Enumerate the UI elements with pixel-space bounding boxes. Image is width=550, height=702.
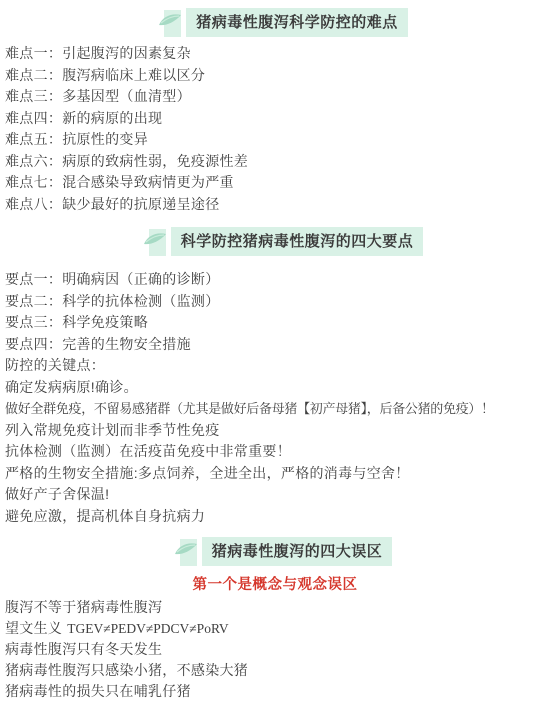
section-heading-misconceptions: 猪病毒性腹泻的四大误区 [8, 537, 550, 566]
list-item: 腹泻不等于猪病毒性腹泻 [0, 597, 550, 618]
list-item: 做好全群免疫，不留易感猪群（尤其是做好后备母猪【初产母猪】，后备公猪的免疫）！ [0, 398, 550, 420]
list-item: 防控的关键点： [0, 355, 550, 377]
list-item: 要点三：科学免疫策略 [0, 312, 550, 334]
list-item: 做好产子舍保温! [0, 484, 550, 506]
misconceptions-list: 腹泻不等于猪病毒性腹泻 望文生义TGEV≠PEDV≠PDCV≠PoRV 病毒性腹… [0, 597, 550, 702]
document-page: 猪病毒性腹泻科学防控的难点 难点一：引起腹泻的因素复杂 难点二：腹泻病临床上难以… [0, 0, 550, 702]
section-heading-keypoints: 科学防控猪病毒性腹泻的四大要点 [8, 227, 550, 256]
list-item: 猪病毒性的损失只在哺乳仔猪 [0, 681, 550, 702]
section-heading-difficulties: 猪病毒性腹泻科学防控的难点 [8, 8, 550, 37]
list-item: 难点八：缺少最好的抗原递呈途径 [0, 194, 550, 216]
list-item: 要点四：完善的生物安全措施 [0, 334, 550, 356]
list-item: 避免应激，提高机体自身抗病力 [0, 506, 550, 528]
list-item: 抗体检测（监测）在活疫苗免疫中非常重要！ [0, 441, 550, 463]
list-item: 猪病毒性腹泻只感染小猪，不感染大猪 [0, 660, 550, 681]
list-item: 望文生义TGEV≠PEDV≠PDCV≠PoRV [0, 618, 550, 639]
list-item-latin: TGEV≠PEDV≠PDCV≠PoRV [67, 621, 228, 636]
list-item: 要点二：科学的抗体检测（监测） [0, 291, 550, 313]
difficulties-list: 难点一：引起腹泻的因素复杂 难点二：腹泻病临床上难以区分 难点三：多基因型（血清… [0, 43, 550, 215]
list-item-zh: 望文生义 [5, 620, 62, 636]
list-item: 要点一：明确病因（正确的诊断） [0, 269, 550, 291]
list-item: 难点二：腹泻病临床上难以区分 [0, 65, 550, 87]
list-item: 难点四：新的病原的出现 [0, 108, 550, 130]
keypoints-list: 要点一：明确病因（正确的诊断） 要点二：科学的抗体检测（监测） 要点三：科学免疫… [0, 269, 550, 527]
list-item: 列入常规免疫计划而非季节性免疫 [0, 420, 550, 442]
section-title: 猪病毒性腹泻科学防控的难点 [186, 8, 408, 37]
section-title: 科学防控猪病毒性腹泻的四大要点 [171, 227, 424, 256]
misconception-subheading: 第一个是概念与观念误区 [0, 578, 550, 593]
list-item: 难点一：引起腹泻的因素复杂 [0, 43, 550, 65]
list-item: 确定发病病原!确诊。 [0, 377, 550, 399]
list-item: 难点三：多基因型（血清型） [0, 86, 550, 108]
list-item: 难点六：病原的致病性弱，免疫源性差 [0, 151, 550, 173]
leaf-icon [143, 227, 167, 257]
list-item: 难点七：混合感染导致病情更为严重 [0, 172, 550, 194]
section-title: 猪病毒性腹泻的四大误区 [202, 537, 393, 566]
list-item: 病毒性腹泻只有冬天发生 [0, 639, 550, 660]
leaf-icon [174, 537, 198, 567]
list-item: 严格的生物安全措施:多点饲养，全进全出，严格的消毒与空舍！ [0, 463, 550, 485]
list-item: 难点五：抗原性的变异 [0, 129, 550, 151]
leaf-icon [158, 8, 182, 38]
